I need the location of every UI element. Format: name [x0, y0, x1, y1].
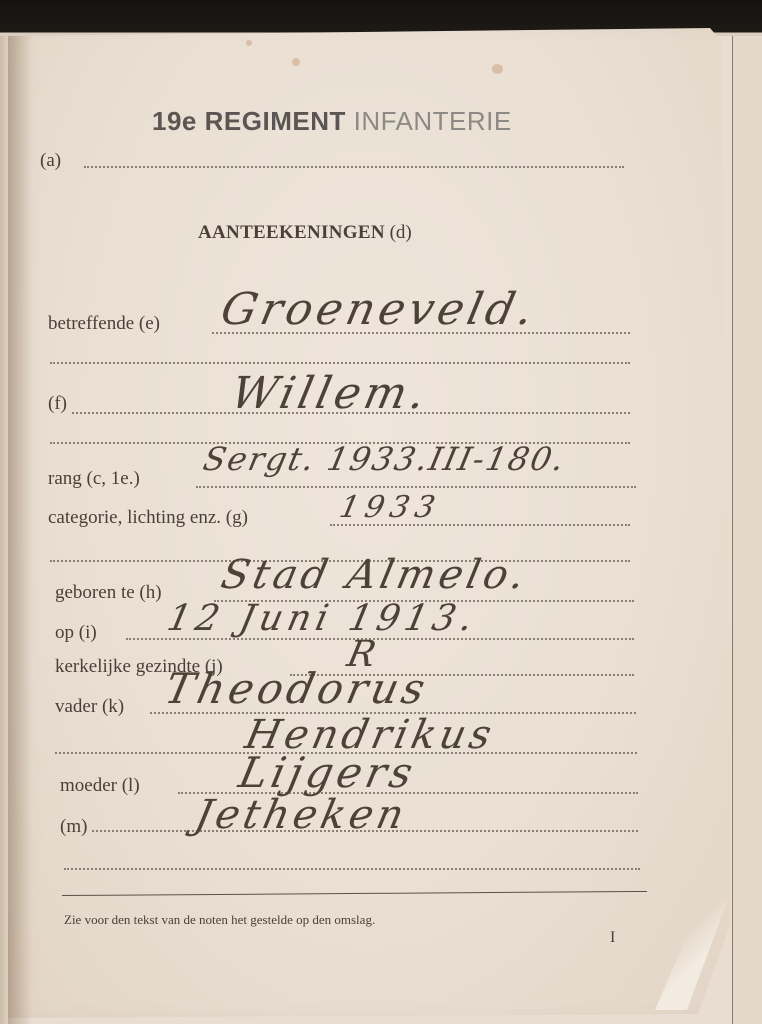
- field-moeder-label: moeder (l): [60, 775, 140, 797]
- adjacent-page-edge: [732, 36, 762, 1024]
- stamp-unit: REGIMENT: [205, 106, 346, 136]
- field-geboren-value: Stad Almelo.: [217, 552, 533, 598]
- stamp-number: 19e: [152, 106, 197, 136]
- page-heading: AANTEEKENINGEN (d): [198, 222, 412, 244]
- field-op-value: 12 Juni 1913.: [164, 598, 482, 639]
- field-f-value: Willem.: [227, 368, 434, 419]
- field-m-value: Jetheken: [191, 792, 412, 838]
- heading-note: (d): [390, 222, 412, 243]
- field-moeder-value: Lijgers: [235, 748, 421, 797]
- field-e-label: betreffende (e): [48, 313, 160, 335]
- field-a-label: (a): [40, 150, 61, 172]
- field-vader-label: vader (k): [55, 696, 124, 718]
- field-a-line: [84, 166, 624, 168]
- field-m-label: (m): [60, 816, 87, 838]
- footnote: Zie voor den tekst van de noten het gest…: [64, 912, 375, 928]
- field-categorie-label: categorie, lichting enz. (g): [48, 507, 248, 529]
- field-op-label: op (i): [55, 622, 97, 644]
- field-rang-label: rang (c, 1e.): [48, 468, 140, 490]
- field-categorie-value: 1933: [336, 490, 444, 525]
- stamp-branch: INFANTERIE: [354, 106, 512, 136]
- field-e-value: Groeneveld.: [217, 284, 542, 335]
- heading-title: AANTEEKENINGEN: [198, 222, 385, 243]
- regiment-stamp: 19e REGIMENT INFANTERIE: [152, 106, 512, 137]
- field-f-label: (f): [48, 393, 67, 415]
- blank-line: [64, 868, 640, 870]
- field-rang-value: Sergt. 1933.III-180.: [200, 440, 570, 478]
- stain: [246, 40, 252, 46]
- field-vader-value: Theodorus: [161, 664, 433, 713]
- stain: [492, 64, 503, 74]
- blank-line: [50, 362, 630, 364]
- field-rang-line: [196, 486, 636, 488]
- stain: [292, 58, 300, 66]
- field-geboren-label: geboren te (h): [55, 582, 162, 604]
- spine-shadow: [8, 36, 32, 1024]
- page-number: I: [610, 929, 615, 947]
